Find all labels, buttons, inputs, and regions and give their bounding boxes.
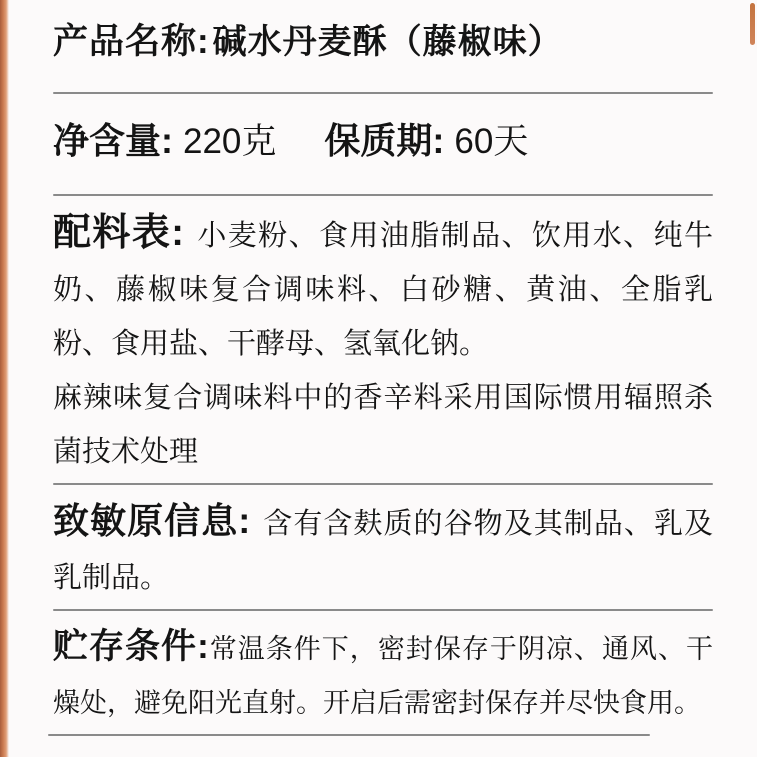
allergen-paragraph: 致敏原信息:含有含麸质的谷物及其制品、乳及乳制品。 <box>53 494 713 605</box>
section-divider <box>53 92 713 94</box>
section-divider <box>53 483 713 485</box>
product-name-value: 碱水丹麦酥（藤椒味） <box>213 23 563 61</box>
net-weight-label: 净含量: <box>53 120 173 161</box>
section-divider <box>53 194 713 196</box>
net-weight-value: 220克 <box>183 122 276 161</box>
label-content: 产品名称:碱水丹麦酥（藤椒味） 净含量:220克 保质期:60天 配料表:小麦粉… <box>53 0 713 736</box>
storage-section: 贮存条件:常温条件下，密封保存于阴凉、通风、干燥处，避免阳光直射。开启后需密封保… <box>53 620 713 730</box>
net-weight: 净含量:220克 <box>53 110 276 180</box>
section-divider <box>53 609 713 611</box>
ingredients-label: 配料表: <box>53 212 184 254</box>
storage-label: 贮存条件: <box>53 627 209 666</box>
allergen-label: 致敏原信息: <box>53 500 250 541</box>
left-accent-bar <box>0 0 9 757</box>
product-name-row: 产品名称:碱水丹麦酥（藤椒味） <box>53 14 713 77</box>
ingredients-note: 麻辣味复合调味料中的香辛料采用国际惯用辐照杀菌技术处理 <box>53 371 713 479</box>
ingredients-paragraph: 配料表:小麦粉、食用油脂制品、饮用水、纯牛奶、藤椒味复合调味料、白砂糖、黄油、全… <box>53 206 713 371</box>
product-name-label: 产品名称: <box>53 22 210 61</box>
shelf-life-label: 保质期: <box>324 120 444 161</box>
ingredients-note-text: 麻辣味复合调味料中的香辛料采用国际惯用辐照杀菌技术处理 <box>53 382 713 468</box>
allergen-section: 致敏原信息:含有含麸质的谷物及其制品、乳及乳制品。 <box>53 494 713 605</box>
storage-paragraph: 贮存条件:常温条件下，密封保存于阴凉、通风、干燥处，避免阳光直射。开启后需密封保… <box>53 620 713 730</box>
shelf-life-value: 60天 <box>454 122 528 161</box>
shelf-life: 保质期:60天 <box>324 110 528 180</box>
section-divider <box>48 734 650 736</box>
weight-shelf-row: 净含量:220克 保质期:60天 <box>53 110 713 180</box>
product-info-label: 产品名称:碱水丹麦酥（藤椒味） 净含量:220克 保质期:60天 配料表:小麦粉… <box>0 0 757 757</box>
top-right-accent-dash <box>750 3 755 45</box>
ingredients-section: 配料表:小麦粉、食用油脂制品、饮用水、纯牛奶、藤椒味复合调味料、白砂糖、黄油、全… <box>53 206 713 479</box>
